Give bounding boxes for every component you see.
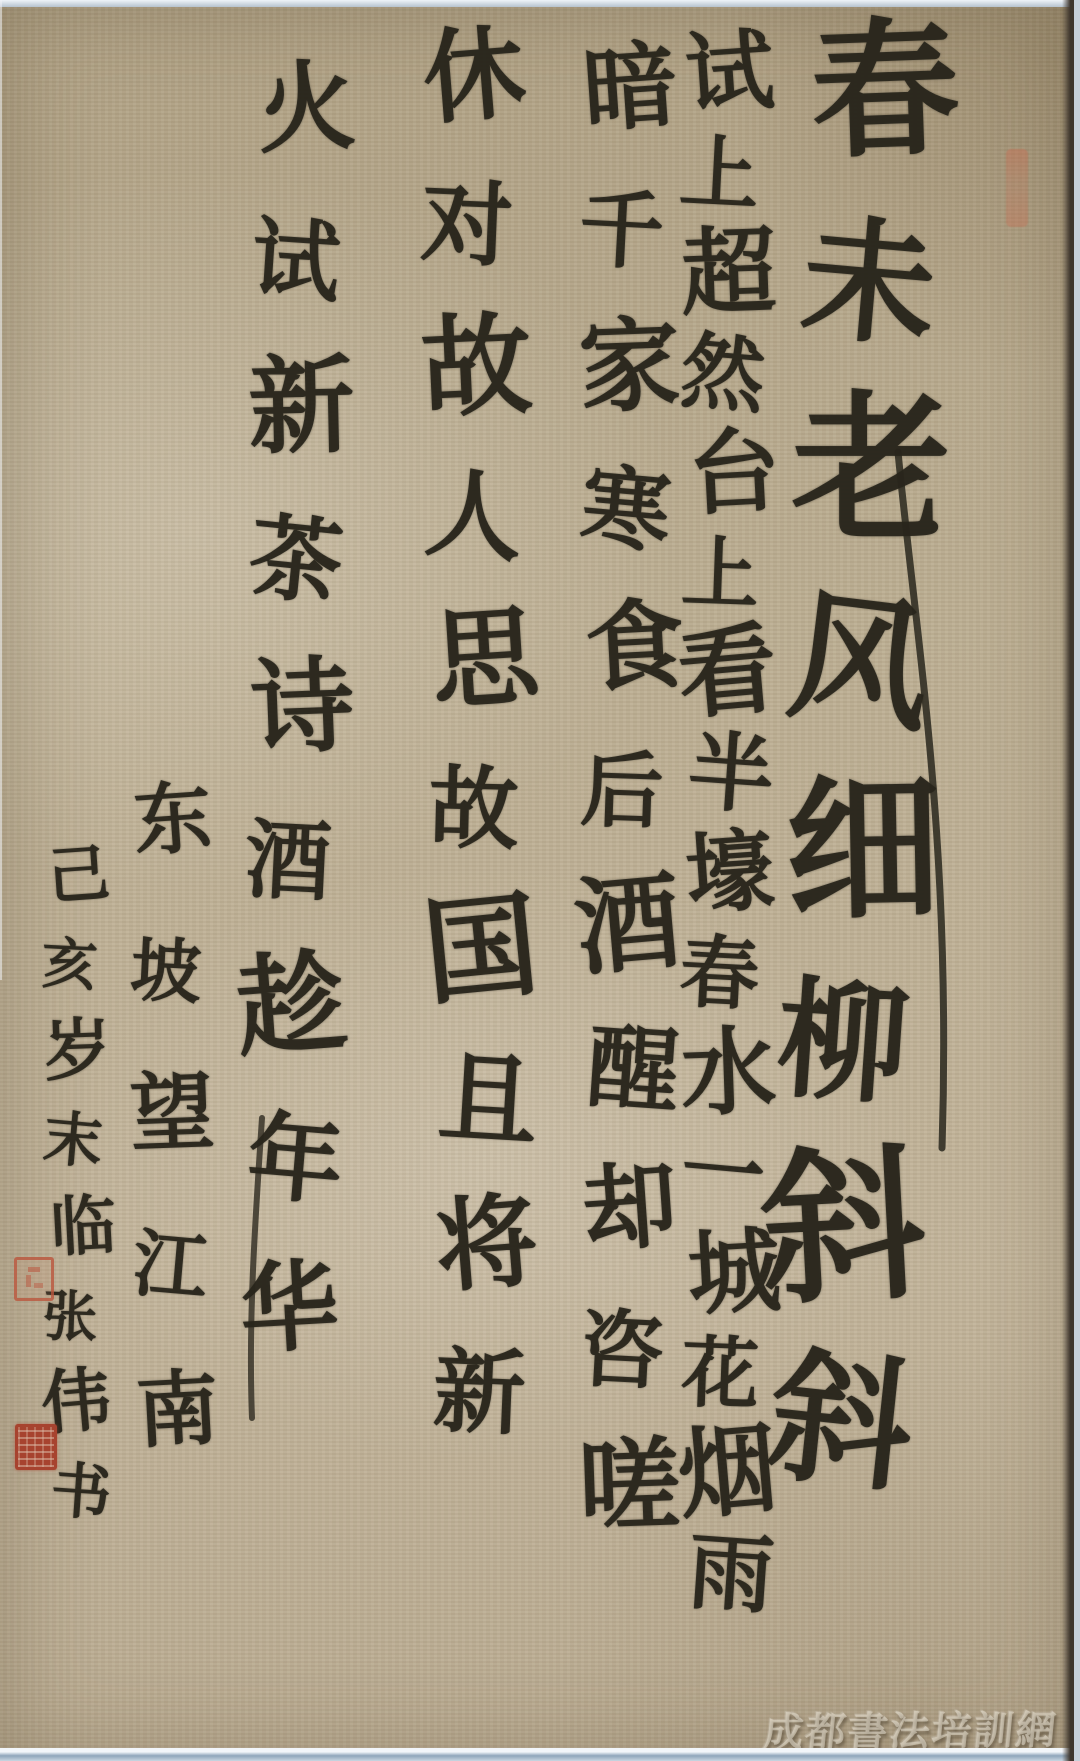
text-column-3: 暗千家寒食后酒醒却咨嗟 (572, 38, 666, 1578)
photo-edge-bottom (0, 1748, 1080, 1761)
photo-edge-right (1074, 0, 1080, 1761)
photo-edge-top (0, 0, 1080, 7)
photo-edge-right-shadow (1062, 0, 1074, 1761)
artist-seal (15, 1424, 57, 1470)
collector-seal (14, 1257, 54, 1301)
text-column-5: 火试新茶诗酒趁年华 (229, 55, 346, 1406)
lead-seal (1006, 149, 1028, 227)
text-column-2: 试上超然台上看半壕春水一城花烟雨 (676, 26, 764, 1626)
text-column-4: 休对故人思故国且将新 (412, 21, 529, 1482)
signature-title-column: 东坡望江南 (126, 778, 204, 1518)
photo-edge-left (0, 0, 2, 980)
calligraphy-photo: 春未老风细柳斜斜 试上超然台上看半壕春水一城花烟雨 暗千家寒食后酒醒却咨嗟 休对… (0, 0, 1080, 1761)
